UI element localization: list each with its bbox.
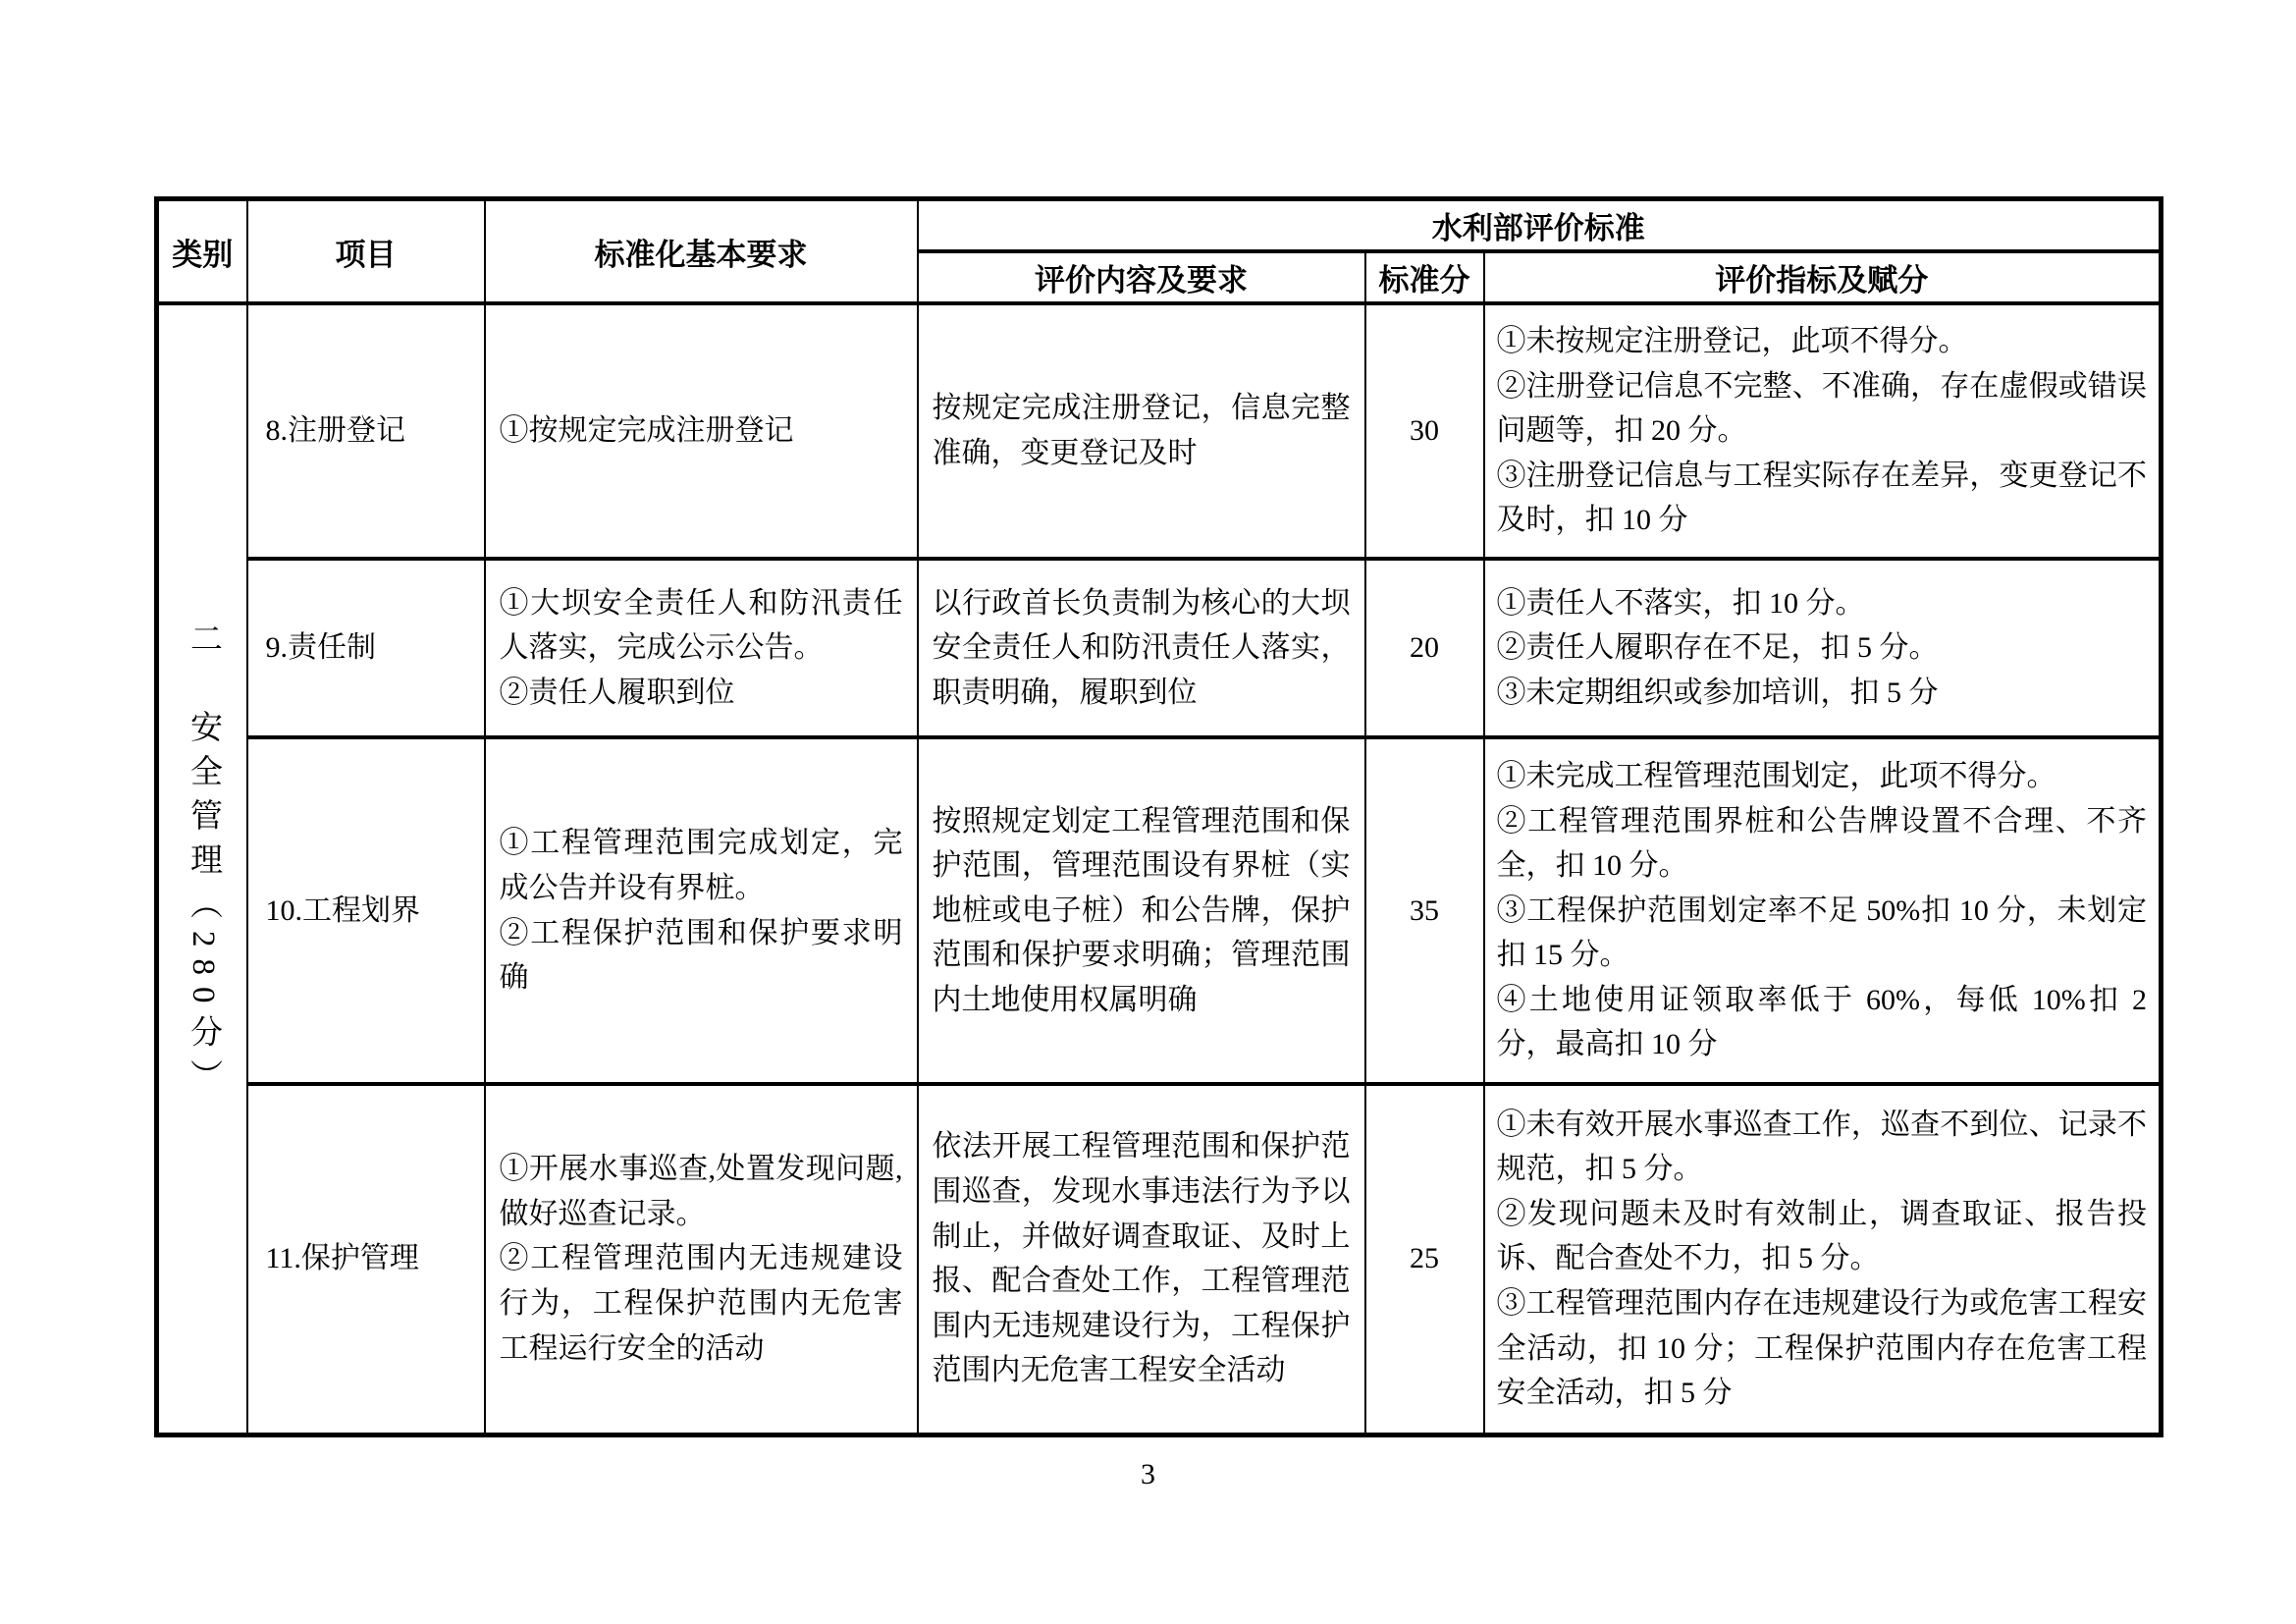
item-cell: 10.工程划界	[247, 737, 485, 1084]
indicator-paragraph: ③未定期组织或参加培训，扣 5 分	[1497, 671, 2148, 716]
item-cell: 9.责任制	[247, 559, 485, 737]
content-cell: 依法开展工程管理范围和保护范围巡查，发现水事违法行为予以制止，并做好调查取证、及…	[918, 1084, 1365, 1435]
indicator-paragraph: ①责任人不落实，扣 10 分。	[1497, 581, 2148, 626]
basic-req-cell: ①按规定完成注册登记	[485, 303, 918, 559]
indicator-paragraph: ②责任人履职存在不足，扣 5 分。	[1497, 625, 2148, 671]
score-cell: 20	[1365, 559, 1484, 737]
indicator-paragraph: ③工程保护范围划定率不足 50%扣 10 分，未划定扣 15 分。	[1497, 889, 2148, 978]
basic-req-cell: ①开展水事巡查,处置发现问题,做好巡查记录。 ②工程管理范围内无违规建设行为，工…	[485, 1084, 918, 1435]
score-cell: 25	[1365, 1084, 1484, 1435]
indicators-cell: ①未完成工程管理范围划定，此项不得分。 ②工程管理范围界桩和公告牌设置不合理、不…	[1484, 737, 2162, 1084]
header-item: 项目	[247, 199, 485, 304]
basic-req-cell: ①大坝安全责任人和防汛责任人落实，完成公示公告。 ②责任人履职到位	[485, 559, 918, 737]
header-indicators: 评价指标及赋分	[1484, 251, 2162, 303]
table-row-registration: 二 安全管理（280分） 8.注册登记 ①按规定完成注册登记 按规定完成注册登记…	[157, 303, 2162, 559]
indicator-paragraph: ②工程管理范围界桩和公告牌设置不合理、不齐全，扣 10 分。	[1497, 799, 2148, 889]
indicator-paragraph: ①未按规定注册登记，此项不得分。	[1497, 319, 2148, 364]
basic-req-paragraph: ②工程保护范围和保护要求明确	[500, 911, 903, 1001]
item-cell: 11.保护管理	[247, 1084, 485, 1435]
indicator-paragraph: ③工程管理范围内存在违规建设行为或危害工程安全活动，扣 10 分；工程保护范围内…	[1497, 1281, 2148, 1416]
page-number: 3	[0, 1458, 2296, 1491]
basic-req-paragraph: ②工程管理范围内无违规建设行为，工程保护范围内无危害工程运行安全的活动	[500, 1236, 903, 1371]
header-basic-req: 标准化基本要求	[485, 199, 918, 304]
indicator-paragraph: ②发现问题未及时有效制止，调查取证、报告投诉、配合查处不力，扣 5 分。	[1497, 1192, 2148, 1281]
score-cell: 30	[1365, 303, 1484, 559]
table-row-responsibility: 9.责任制 ①大坝安全责任人和防汛责任人落实，完成公示公告。 ②责任人履职到位 …	[157, 559, 2162, 737]
indicator-paragraph: ③注册登记信息与工程实际存在差异，变更登记不及时，扣 10 分	[1497, 454, 2148, 543]
score-cell: 35	[1365, 737, 1484, 1084]
indicators-cell: ①未按规定注册登记，此项不得分。 ②注册登记信息不完整、不准确，存在虚假或错误问…	[1484, 303, 2162, 559]
evaluation-standards-table: 类别 项目 标准化基本要求 水利部评价标准 评价内容及要求 标准分 评价指标及赋…	[154, 196, 2163, 1437]
table-row-protection: 11.保护管理 ①开展水事巡查,处置发现问题,做好巡查记录。 ②工程管理范围内无…	[157, 1084, 2162, 1435]
content-cell: 以行政首长负责制为核心的大坝安全责任人和防汛责任人落实，职责明确，履职到位	[918, 559, 1365, 737]
table-row-demarcation: 10.工程划界 ①工程管理范围完成划定，完成公告并设有界桩。 ②工程保护范围和保…	[157, 737, 2162, 1084]
content-cell: 按照规定划定工程管理范围和保护范围，管理范围设有界桩（实地桩或电子桩）和公告牌，…	[918, 737, 1365, 1084]
basic-req-paragraph: ①开展水事巡查,处置发现问题,做好巡查记录。	[500, 1147, 903, 1236]
basic-req-paragraph: ①大坝安全责任人和防汛责任人落实，完成公示公告。	[500, 581, 903, 671]
indicator-paragraph: ②注册登记信息不完整、不准确，存在虚假或错误问题等，扣 20 分。	[1497, 364, 2148, 454]
indicator-paragraph: ①未有效开展水事巡查工作，巡查不到位、记录不规范，扣 5 分。	[1497, 1103, 2148, 1192]
indicator-paragraph: ①未完成工程管理范围划定，此项不得分。	[1497, 754, 2148, 799]
indicator-paragraph: ④土地使用证领取率低于 60%，每低 10%扣 2 分，最高扣 10 分	[1497, 978, 2148, 1067]
header-ministry-standard: 水利部评价标准	[918, 199, 2162, 252]
basic-req-paragraph: ①工程管理范围完成划定，完成公告并设有界桩。	[500, 821, 903, 910]
header-row-1: 类别 项目 标准化基本要求 水利部评价标准	[157, 199, 2162, 252]
document-page: 类别 项目 标准化基本要求 水利部评价标准 评价内容及要求 标准分 评价指标及赋…	[0, 0, 2296, 1624]
content-cell: 按规定完成注册登记，信息完整准确，变更登记及时	[918, 303, 1365, 559]
header-category: 类别	[157, 199, 247, 304]
header-content: 评价内容及要求	[918, 251, 1365, 303]
header-score: 标准分	[1365, 251, 1484, 303]
item-cell: 8.注册登记	[247, 303, 485, 559]
basic-req-cell: ①工程管理范围完成划定，完成公告并设有界桩。 ②工程保护范围和保护要求明确	[485, 737, 918, 1084]
category-label: 二 安全管理（280分）	[183, 622, 222, 1104]
basic-req-paragraph: ②责任人履职到位	[500, 671, 903, 716]
indicators-cell: ①未有效开展水事巡查工作，巡查不到位、记录不规范，扣 5 分。 ②发现问题未及时…	[1484, 1084, 2162, 1435]
indicators-cell: ①责任人不落实，扣 10 分。 ②责任人履职存在不足，扣 5 分。 ③未定期组织…	[1484, 559, 2162, 737]
category-cell: 二 安全管理（280分）	[157, 303, 247, 1435]
basic-req-paragraph: ①按规定完成注册登记	[500, 408, 903, 454]
